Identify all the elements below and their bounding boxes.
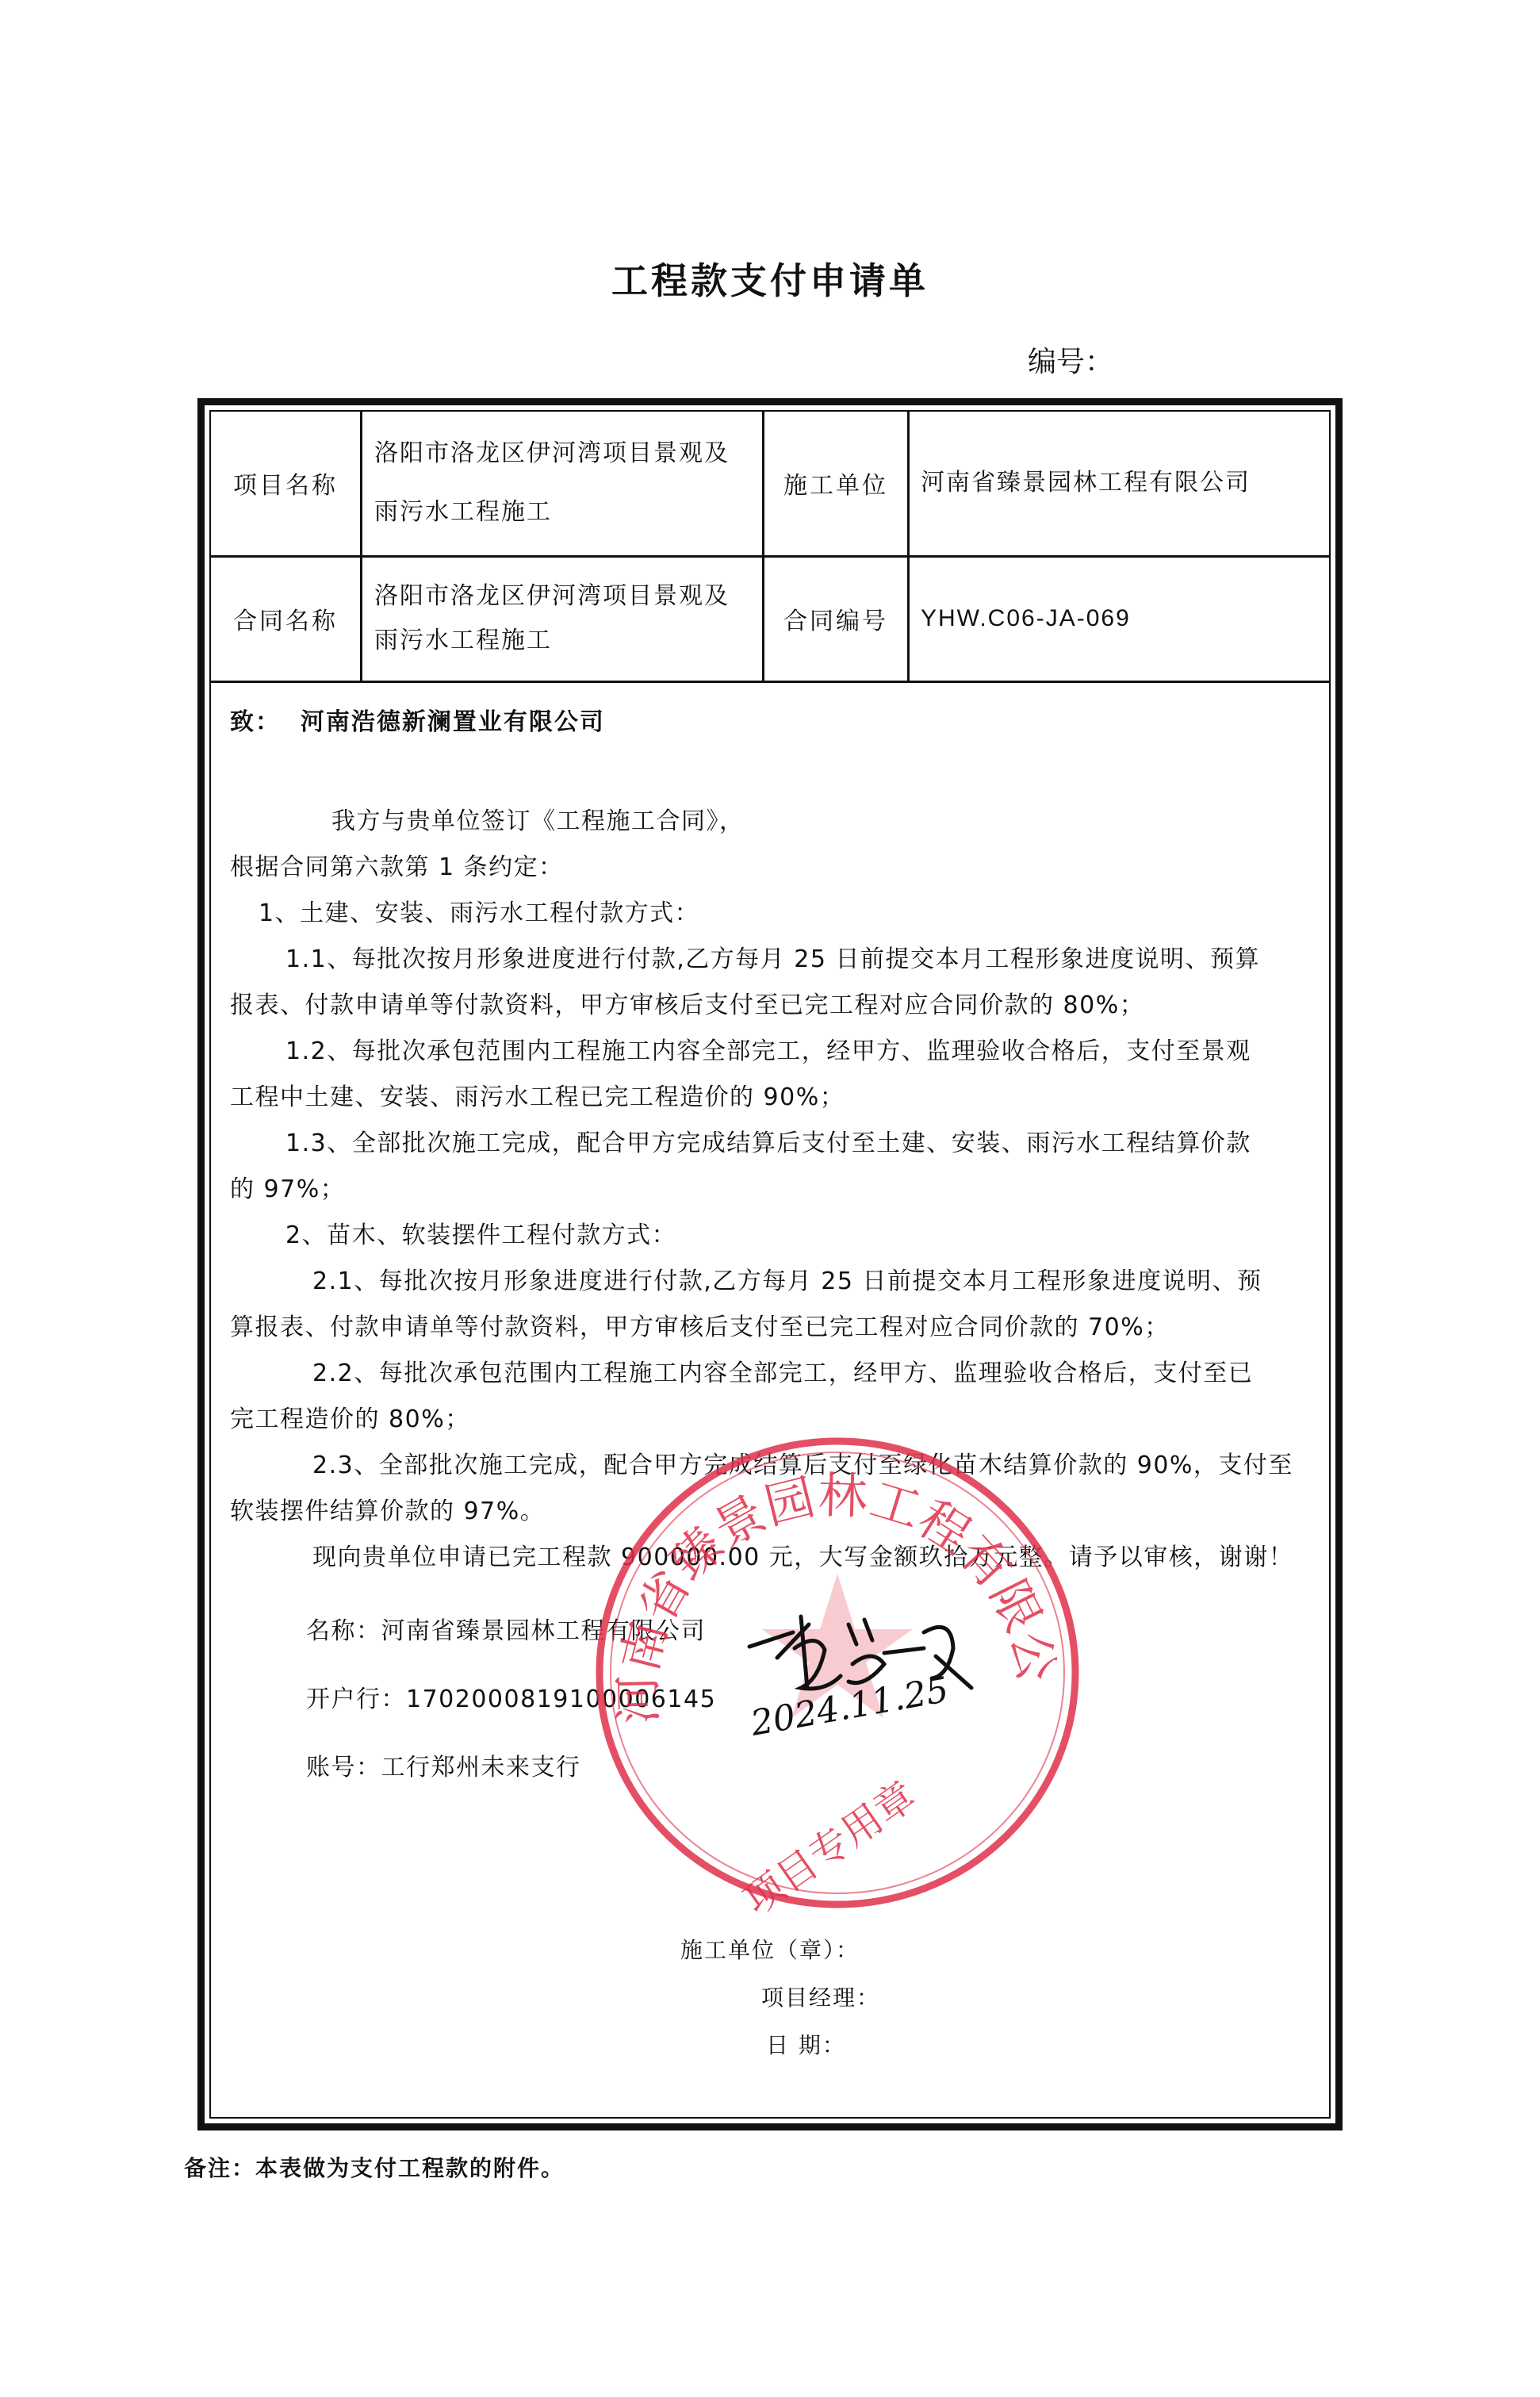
handwritten-signature-icon: 2024.11.25	[745, 1601, 1015, 1759]
project-name-value: 洛阳市洛龙区伊河湾项目景观及 雨污水工程施工	[362, 412, 764, 556]
project-name-line2: 雨污水工程施工	[363, 483, 761, 542]
contractor-value: 河南省臻景园林工程有限公司	[909, 412, 1330, 556]
clause-1-2-line2: 工程中土建、安装、雨污水工程已完工程造价的 90%；	[230, 1075, 1310, 1121]
contract-name-line1: 洛阳市洛龙区伊河湾项目景观及	[363, 574, 761, 619]
project-manager-label: 项目经理：	[761, 1981, 880, 2012]
footnote: 备注：本表做为支付工程款的附件。	[184, 2151, 565, 2183]
clause-1-1-line1: 1.1、每批次按月形象进度进行付款,乙方每月 25 日前提交本月工程形象进度说明…	[230, 937, 1310, 983]
section2-title: 2、苗木、软装摆件工程付款方式：	[230, 1213, 1310, 1259]
date-label: 日 期：	[766, 2028, 846, 2060]
clause-1-2-line1: 1.2、每批次承包范围内工程施工内容全部完工，经甲方、监理验收合格后，支付至景观	[230, 1029, 1310, 1075]
body-intro: 我方与贵单位签订《工程施工合同》，	[230, 799, 1310, 845]
table-row: 项目名称 洛阳市洛龙区伊河湾项目景观及 雨污水工程施工 施工单位 河南省臻景园林…	[211, 412, 1329, 556]
contract-name-value: 洛阳市洛龙区伊河湾项目景观及 雨污水工程施工	[362, 556, 764, 681]
project-name-line1: 洛阳市洛龙区伊河湾项目景观及	[363, 424, 761, 483]
document-title: 工程款支付申请单	[0, 252, 1540, 305]
header-table: 项目名称 洛阳市洛龙区伊河湾项目景观及 雨污水工程施工 施工单位 河南省臻景园林…	[211, 412, 1329, 683]
clause-1-3-line2: 的 97%；	[230, 1167, 1310, 1213]
unit-seal-label: 施工单位（章）：	[680, 1933, 860, 1965]
contract-name-label: 合同名称	[211, 556, 362, 681]
addressee: 致： 河南浩德新澜置业有限公司	[230, 702, 605, 737]
body-basis: 根据合同第六款第 1 条约定：	[230, 845, 1310, 891]
clause-2-1-line1: 2.1、每批次按月形象进度进行付款,乙方每月 25 日前提交本月工程形象进度说明…	[230, 1259, 1310, 1305]
project-name-label: 项目名称	[211, 412, 362, 556]
clause-2-1-line2: 算报表、付款申请单等付款资料，甲方审核后支付至已完工程对应合同价款的 70%；	[230, 1305, 1310, 1351]
clause-1-3-line1: 1.3、全部批次施工完成，配合甲方完成结算后支付至土建、安装、雨污水工程结算价款	[230, 1121, 1310, 1167]
section1-title: 1、土建、安装、雨污水工程付款方式：	[230, 891, 1310, 937]
clause-2-2-line1: 2.2、每批次承包范围内工程施工内容全部完工，经甲方、监理验收合格后，支付至已	[230, 1351, 1310, 1397]
table-row: 合同名称 洛阳市洛龙区伊河湾项目景观及 雨污水工程施工 合同编号 YHW.C06…	[211, 556, 1329, 681]
clause-1-1-line2: 报表、付款申请单等付款资料，甲方审核后支付至已完工程对应合同价款的 80%；	[230, 983, 1310, 1029]
contract-no-label: 合同编号	[764, 556, 909, 681]
contract-no-value: YHW.C06-JA-069	[909, 556, 1330, 681]
serial-number-label: 编号：	[1028, 339, 1113, 380]
addressee-prefix: 致：	[230, 708, 281, 736]
payee-account: 账号：工行郑州未来支行	[306, 1747, 581, 1782]
contractor-label: 施工单位	[764, 412, 909, 556]
addressee-name: 河南浩德新澜置业有限公司	[301, 708, 605, 736]
contract-name-line2: 雨污水工程施工	[363, 619, 761, 663]
